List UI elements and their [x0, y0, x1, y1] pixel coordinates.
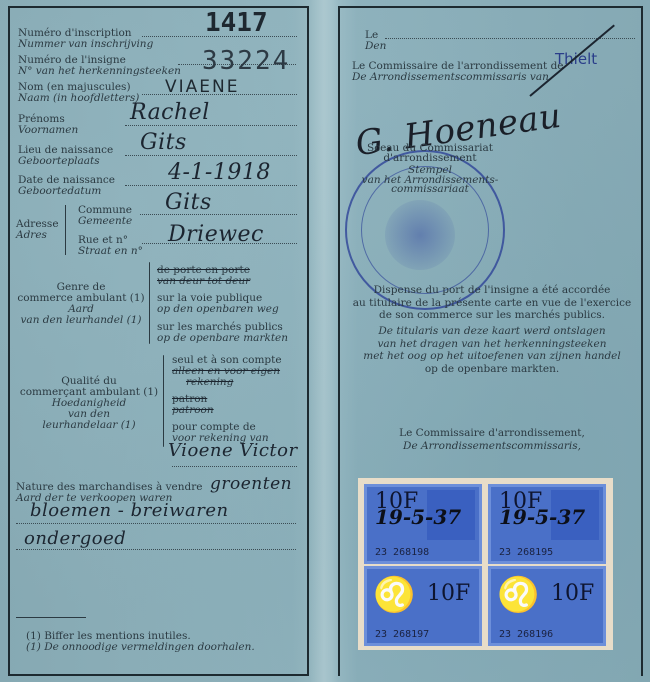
registration-number-value: 1417 [205, 8, 268, 38]
commune-line [140, 214, 297, 215]
footnote-nl: (1) De onnoodige vermeldingen doorhalen. [26, 642, 255, 653]
fiscal-stamp: ♌ 10F 23 268196 [488, 566, 606, 646]
trade-type-brace [149, 262, 150, 344]
surname-label: Nom (en majuscules) Naam (in hoofdletter… [18, 82, 139, 104]
badge-number-label: Numéro de l'insigne N° van het herkennin… [18, 55, 181, 77]
trade-option-door-to-door: de porte en porte van deur tot deur [157, 265, 250, 287]
surname-value: VIAENE [165, 77, 239, 97]
fiscal-stamp: ♌ 10F 23 268197 [364, 566, 482, 646]
birthplace-label: Lieu de naissance Geboorteplaats [18, 145, 113, 167]
commune-value: Gits [165, 190, 212, 215]
fiscal-stamps-block: 10F 19-5-37 23 268198 10F 19-5-37 23 268… [358, 478, 613, 650]
quality-option-self: seul et à son compte alleen en voor eige… [172, 355, 302, 388]
exemption-text-fr: Dispense du port de l'insigne a été acco… [342, 284, 642, 322]
registration-number-label: Numéro d'inscription Nummer van inschrij… [18, 28, 153, 50]
trade-type-label: Genre de commerce ambulant (1) Aard van … [14, 282, 148, 326]
lion-icon: ♌ [497, 575, 539, 615]
first-names-line [125, 125, 297, 126]
exemption-text-nl: De titularis van deze kaart werd ontslag… [342, 325, 642, 375]
birthplace-value: Gits [140, 130, 187, 155]
birthplace-line [125, 155, 297, 156]
date-label: Le Den [365, 30, 386, 52]
goods-line-2 [16, 549, 296, 550]
birthdate-label: Date de naissance Geboortedatum [18, 175, 115, 197]
badge-number-value: 33224 [202, 46, 290, 76]
address-brace [65, 205, 66, 255]
footnote-rule [16, 617, 86, 618]
trade-option-public-markets: sur les marchés publics op de openbare m… [157, 322, 288, 344]
fiscal-stamp: 10F 19-5-37 23 268198 [364, 484, 482, 564]
goods-value-1: groenten [210, 474, 292, 494]
trade-option-public-road: sur la voie publique op den openbaren we… [157, 293, 279, 315]
trader-quality-label: Qualité du commerçant ambulant (1) Hoeda… [14, 376, 164, 431]
goods-line-1 [16, 523, 296, 524]
goods-value-2: bloemen - breiwaren [30, 500, 229, 521]
first-names-value: Rachel [130, 100, 210, 125]
on-behalf-value: Vioene Victor [168, 440, 298, 461]
quality-option-boss: patron patroon [172, 394, 214, 416]
on-behalf-line [172, 466, 297, 467]
birthdate-value: 4-1-1918 [168, 160, 271, 185]
commune-label: Commune Gemeente [78, 205, 132, 227]
seal-caption: Sceau du Commissariat d'arrondissement S… [350, 142, 510, 196]
district-value: Thielt [555, 50, 597, 68]
trader-quality-brace [163, 355, 164, 447]
commissioner-label: Le Commissaire de l'arrondissement de De… [352, 61, 564, 83]
center-fold [310, 0, 338, 682]
closing-title: Le Commissaire d'arrondissement, De Arro… [342, 427, 642, 452]
address-label: Adresse Adres [16, 219, 59, 241]
fiscal-stamp: 10F 19-5-37 23 268195 [488, 484, 606, 564]
first-names-label: Prénoms Voornamen [18, 114, 78, 136]
street-label: Rue et n° Straat en n° [78, 235, 143, 257]
birthdate-line [125, 185, 297, 186]
street-value: Driewec [168, 222, 264, 247]
seal-emblem [385, 200, 455, 270]
goods-value-3: ondergoed [24, 528, 126, 549]
lion-icon: ♌ [373, 575, 415, 615]
